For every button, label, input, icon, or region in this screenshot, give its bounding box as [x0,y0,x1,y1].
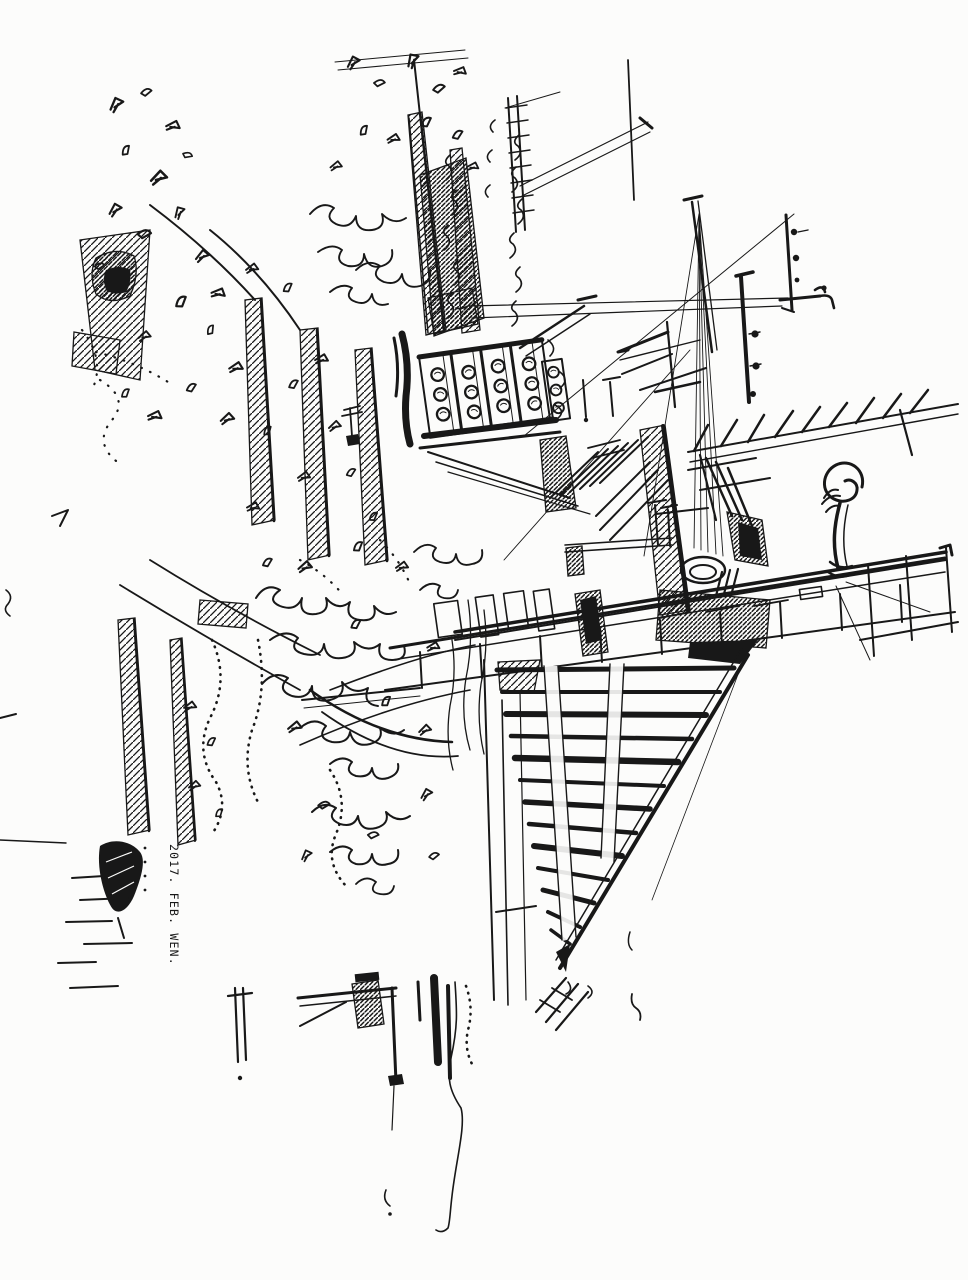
ink-sketch-artwork: 2017. FEB. WEN. [0,0,968,1280]
paper-background [0,0,968,1280]
artist-signature: 2017. FEB. WEN. [167,844,181,966]
